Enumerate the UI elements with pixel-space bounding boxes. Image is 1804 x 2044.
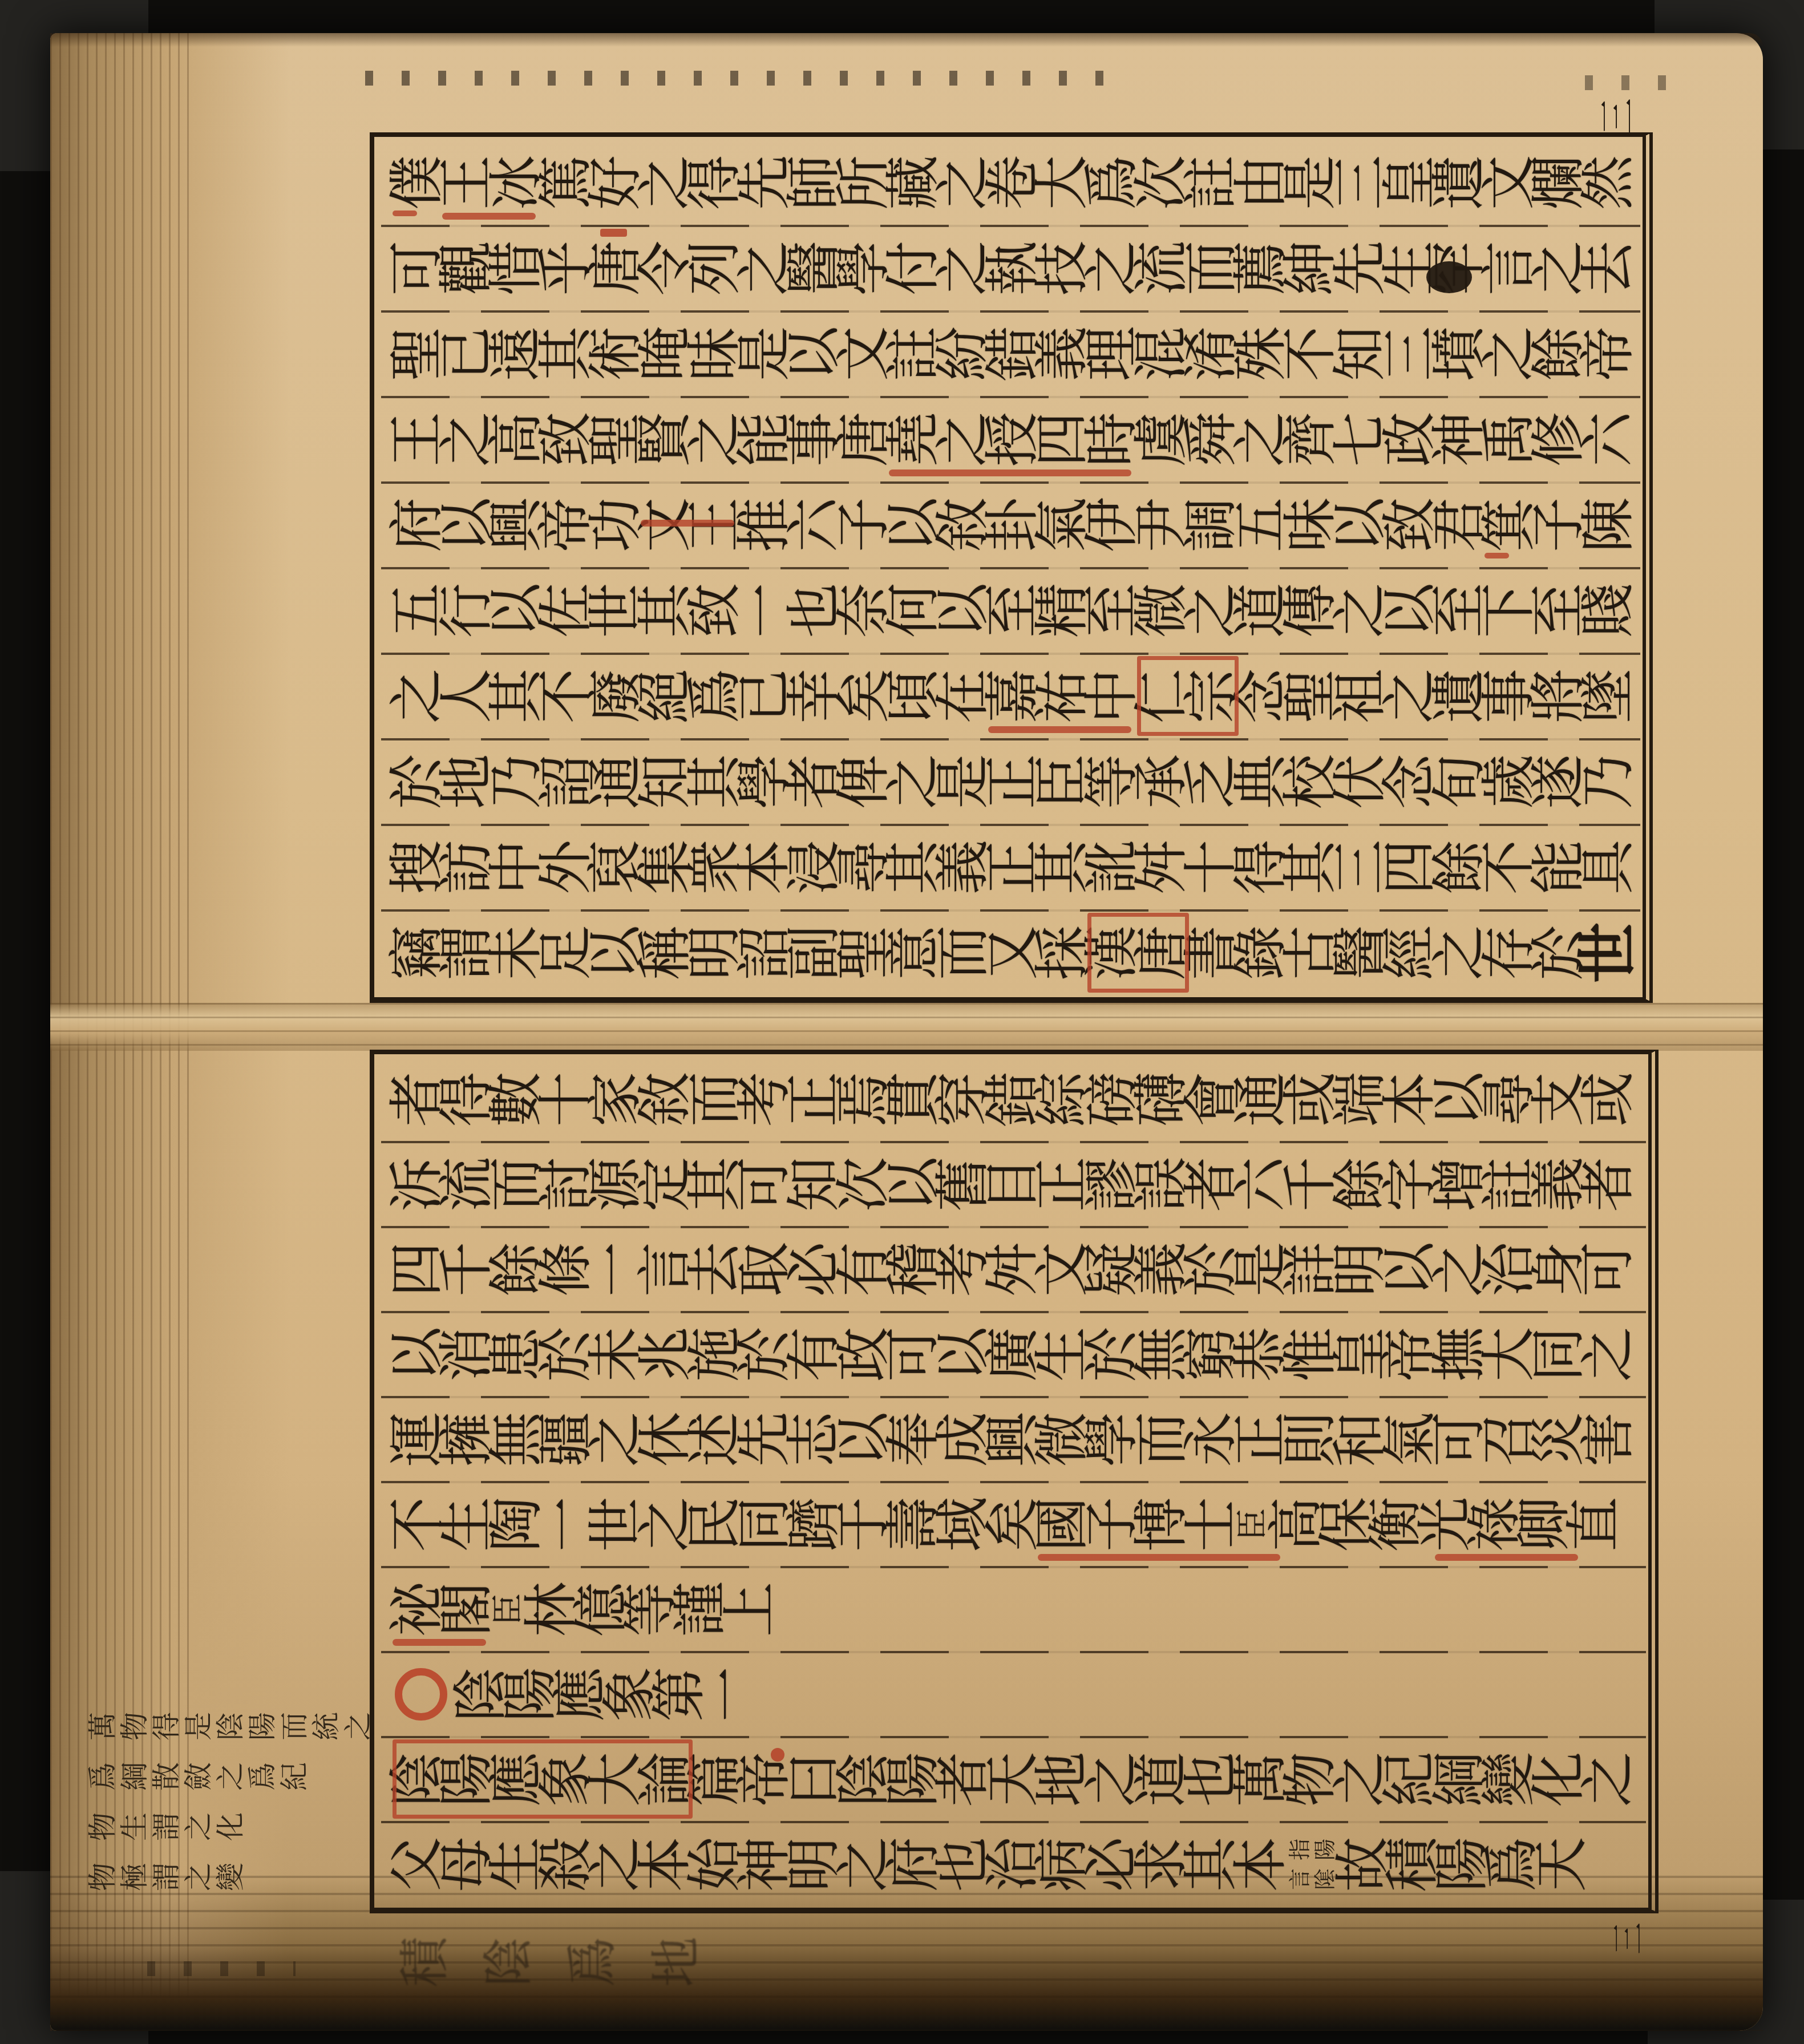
glyph: 或: [1566, 1074, 1649, 1124]
margin-note-line: 物極謂之變: [84, 1853, 244, 1901]
text-column-row: 父母生殺之本始神明之府也治病必求其本指陽言隂故積陽爲天: [379, 1822, 1648, 1907]
text-column-row: 祕閣臣林億等謹上: [379, 1567, 1648, 1652]
text-column-row: 者得數十家敘而考正焉貫穿錯綜磅礴會通或端本以尋支或: [379, 1057, 1648, 1142]
red-annotation-underline: [988, 726, 1131, 733]
glyph: 可: [1566, 1244, 1649, 1294]
text-column-row: 於地乃詔通知其學者俾之是正臣等承乏典校伏念旬歲遂乃: [379, 739, 1643, 824]
partial-glyph: 爲: [551, 1937, 634, 1987]
text-column-row: 四千餘條一言去取必有稽考舛文疑義於是詳明以之治身可: [379, 1227, 1648, 1312]
glyph: 者: [1566, 1159, 1649, 1209]
text-column-row: 搜訪中外裒集衆本浸尋其義正其訛舛十得其三四餘不能具: [379, 824, 1643, 910]
glyph: 之: [1566, 1329, 1649, 1379]
text-column-row: 王之高致聖賢之能事唐堯之授四時虞舜之齊七政神禹修六: [379, 396, 1643, 482]
text-column-row: 竊謂未足以稱明詔副聖意而又採漢唐書錄古醫經之存於世: [379, 910, 1643, 995]
folio-number-top: 三: [1588, 98, 1641, 135]
glyph: 乃: [1566, 757, 1649, 807]
text-column-row: 運擁無疆之休述先志以奉成興微學而永正則和氣可召災害: [379, 1397, 1648, 1482]
glyph: 上: [708, 1584, 791, 1634]
red-annotation-dash: [393, 211, 417, 216]
red-annotation-underline: [442, 213, 536, 220]
margin-note-glyph: 化: [204, 1811, 252, 1843]
red-annotation-underline: [1038, 1554, 1280, 1561]
margin-note-glyph: 之: [332, 1710, 380, 1742]
text-block-top-page: 僕王冰篤好之得先師所藏之卷大爲次註由是三皇遺文爛然可觀惜乎唐令列之醫學付之執技之…: [370, 132, 1653, 1003]
text-column-row: 不生陶一世之民同躋于壽域矣國子博士臣高保衡光祿卿直: [379, 1482, 1648, 1567]
glyph: 直: [1552, 1499, 1635, 1549]
partial-glyph: 陰: [467, 1937, 550, 1987]
red-annotation-tick: [600, 229, 627, 237]
red-annotation-underline: [889, 469, 1131, 476]
text-column-row: 僕王冰篤好之得先師所藏之卷大爲次註由是三皇遺文爛然: [379, 140, 1643, 225]
text-column-row: 聖已遠其術晻昧是以文註紛錯義理混淆殊不知三墳之餘帝: [379, 311, 1643, 396]
text-column-row: 以消患於未兆施於有政可以廣生於無窮恭惟皇帝撫大同之: [379, 1312, 1648, 1397]
glyph: 具: [1566, 843, 1649, 892]
glyph: 天: [1519, 1839, 1603, 1889]
partial-glyph: 積: [383, 1937, 466, 1987]
glyph: 之: [1566, 1754, 1649, 1804]
text-column-row: 府以興帝功文王推六子以敘卦氣伊尹調五味以致君箕子陳: [379, 482, 1643, 568]
text-column-row: 泝流而討源定其可知次以舊目正謬誤者六千餘字增註義者: [379, 1142, 1648, 1227]
red-annotation-underline: [393, 1639, 486, 1646]
text-block-bottom-page: 者得數十家敘而考正焉貫穿錯綜磅礴會通或端本以尋支或泝流而討源定其可知次以舊目正謬…: [370, 1050, 1659, 1913]
cut-text-fragments: [1585, 75, 1688, 90]
glyph: 陳: [1566, 500, 1649, 550]
scan-stage: 僕王冰篤好之得先師所藏之卷大爲次註由是三皇遺文爛然可觀惜乎唐令列之醫學付之執技之…: [0, 0, 1804, 2044]
text-column-row: 可觀惜乎唐令列之醫學付之執技之流而薦紳先生罕言之去: [379, 225, 1643, 311]
page-top-edge: [50, 33, 1763, 47]
margin-note-line: 爲綱散斂之爲紀: [84, 1752, 308, 1800]
glyph: 帝: [1566, 329, 1649, 379]
text-column-row: 之人其不廢絕爲已幸矣頃在嘉祐中仁宗念聖祖之遺事將墜: [379, 653, 1643, 739]
text-column-row: 陰陽應象大論篇帝曰陰陽者天地之道也萬物之紀綱變化之: [379, 1737, 1648, 1822]
partial-glyph: 地: [634, 1937, 718, 1987]
glyph: 世: [1566, 928, 1649, 978]
red-annotation-underline: [1435, 1554, 1578, 1561]
margin-note-line: 物生謂之化: [84, 1803, 244, 1851]
margin-note-glyph: 紀: [268, 1760, 316, 1792]
cut-text-fragments: [365, 71, 1107, 86]
glyph: 害: [1566, 1414, 1649, 1464]
leaf-fold: [50, 1003, 1763, 1051]
glyph: 賤: [1566, 586, 1649, 636]
red-annotation-dash: [1485, 553, 1509, 558]
folio-number-bottom: 三: [1603, 1922, 1649, 1954]
cut-text-fragments: [147, 1961, 296, 1976]
margin-note-glyph: 變: [204, 1861, 252, 1893]
margin-note-line: 萬物得是陰陽而統之: [84, 1702, 372, 1750]
glyph: 去: [1566, 244, 1649, 293]
glyph: 墜: [1566, 671, 1649, 721]
partial-cropped-text-row: 積陰爲地: [399, 1920, 735, 2003]
glyph: 六: [1566, 415, 1649, 464]
text-column-row: 五行以佐世其致一也奈何以至精至微之道傳之以至下至賤: [379, 568, 1643, 653]
glyph: 一: [687, 1669, 770, 1719]
glyph: 然: [1566, 158, 1649, 208]
text-column-row: 陰陽應象第一: [379, 1652, 1648, 1737]
